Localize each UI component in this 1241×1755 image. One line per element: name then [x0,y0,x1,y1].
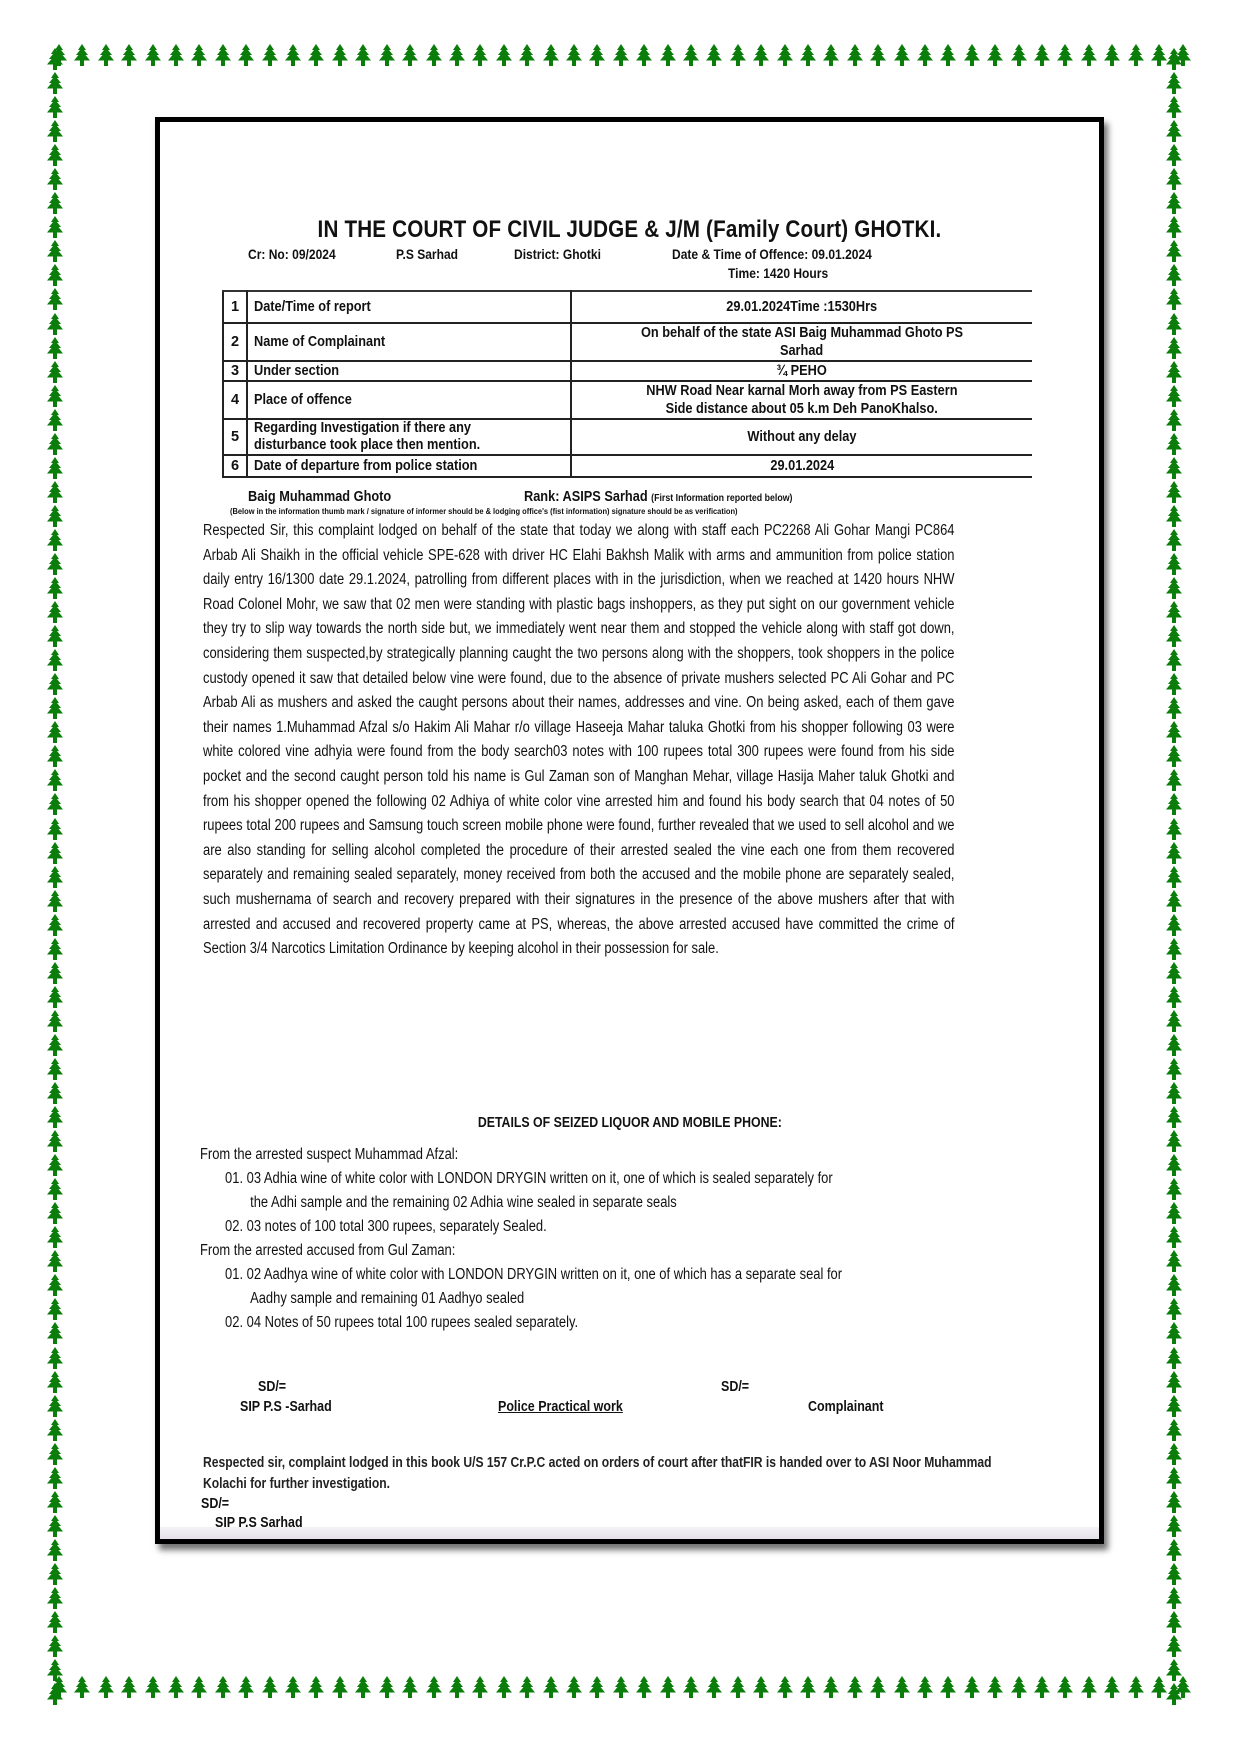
right-signature: SD/= [721,1379,749,1395]
pine-tree-icon [540,44,562,68]
pine-tree-icon [305,1676,327,1700]
row-value: ¾ PEHO [571,361,1032,381]
practical-work-text: Respected sir, complaint lodged in this … [203,1453,1005,1495]
pine-tree-icon [1163,914,1185,938]
pine-tree-icon [1163,1611,1185,1635]
pine-tree-icon [1163,769,1185,793]
pine-tree-icon [984,1676,1006,1700]
pine-tree-icon [1163,1106,1185,1130]
pine-tree-icon [1163,120,1185,144]
pine-tree-icon [1163,1202,1185,1226]
pine-tree-icon [44,529,66,553]
row-label: Date of departure from police station [247,455,571,477]
table-row: 5Regarding Investigation if there anydis… [223,419,1032,455]
pine-tree-icon [44,433,66,457]
pine-tree-icon [867,44,889,68]
pine-tree-icon [118,44,140,68]
pine-tree-icon [282,44,304,68]
pine-tree-icon [446,1676,468,1700]
pine-tree-icon [44,673,66,697]
pine-tree-icon [44,1419,66,1443]
first-info-note: (First Information reported below) [651,493,792,504]
pine-tree-icon [1163,1322,1185,1346]
pine-tree-icon [44,1274,66,1298]
pine-tree-icon [165,44,187,68]
pine-tree-icon [446,44,468,68]
pine-tree-icon [259,44,281,68]
pine-tree-icon [44,577,66,601]
pine-tree-icon [44,818,66,842]
pine-tree-icon [44,1611,66,1635]
pine-tree-icon [493,44,515,68]
pine-tree-icon [44,144,66,168]
pine-tree-icon [44,914,66,938]
pine-tree-icon [44,168,66,192]
verification-note: (Below in the information thumb mark / s… [230,506,738,516]
pine-tree-icon [44,505,66,529]
pine-tree-icon [1163,1226,1185,1250]
pine-tree-icon [423,1676,445,1700]
pine-tree-icon [44,1034,66,1058]
pine-tree-icon [610,44,632,68]
pine-tree-icon [44,1683,66,1707]
row-value: 29.01.2024 [571,455,1032,477]
pine-tree-icon [44,1322,66,1346]
pine-tree-icon [188,44,210,68]
pine-tree-icon [727,44,749,68]
pine-tree-icon [423,44,445,68]
pine-tree-icon [44,120,66,144]
pine-tree-icon [1163,1154,1185,1178]
pine-tree-icon [516,1676,538,1700]
pine-tree-icon [937,44,959,68]
pine-tree-icon [1163,288,1185,312]
pine-tree-icon [633,44,655,68]
row-label: Place of offence [247,381,571,419]
pine-tree-icon [305,44,327,68]
pine-tree-icon [1163,577,1185,601]
row-number: 6 [223,455,247,477]
pine-tree-icon [961,1676,983,1700]
pine-tree-icon [797,1676,819,1700]
pine-tree-icon [1163,1563,1185,1587]
pine-tree-icon [44,1010,66,1034]
row-label: Date/Time of report [247,291,571,323]
decorative-border-right [1163,48,1197,1708]
pine-tree-icon [774,44,796,68]
pine-tree-icon [95,44,117,68]
complaint-body: Respected Sir, this complaint lodged on … [203,519,955,962]
pine-tree-icon [44,1106,66,1130]
pine-tree-icon [680,44,702,68]
pine-tree-icon [259,1676,281,1700]
pine-tree-icon [1031,44,1053,68]
pine-tree-icon [44,649,66,673]
pine-tree-icon [212,1676,234,1700]
pine-tree-icon [1163,890,1185,914]
list-item: 02. 04 Notes of 50 rupees total 100 rupe… [200,1311,1002,1335]
pine-tree-icon [44,192,66,216]
left-signatory-title: SIP P.S -Sarhad [240,1399,332,1415]
pine-tree-icon [165,1676,187,1700]
row-label: Name of Complainant [247,323,571,361]
pine-tree-icon [44,1058,66,1082]
pine-tree-icon [469,44,491,68]
pine-tree-icon [1163,1443,1185,1467]
pine-tree-icon [44,481,66,505]
pine-tree-icon [469,1676,491,1700]
list-item: 01. 03 Adhia wine of white color with LO… [200,1167,1002,1215]
pine-tree-icon [44,48,66,72]
pine-tree-icon [1078,44,1100,68]
pine-tree-icon [44,264,66,288]
pine-tree-icon [1163,553,1185,577]
pine-tree-icon [1163,1419,1185,1443]
list-item: 01. 02 Aadhya wine of white color with L… [200,1263,1002,1311]
pine-tree-icon [563,44,585,68]
pine-tree-icon [1163,649,1185,673]
decorative-border-bottom [48,1676,1194,1710]
row-value: On behalf of the state ASI Baig Muhammad… [571,323,1032,361]
pine-tree-icon [1163,48,1185,72]
pine-tree-icon [1163,818,1185,842]
pine-tree-icon [1163,938,1185,962]
pine-tree-icon [44,938,66,962]
pine-tree-icon [1163,1587,1185,1611]
pine-tree-icon [750,1676,772,1700]
pine-tree-icon [750,44,772,68]
pine-tree-icon [235,44,257,68]
pine-tree-icon [44,986,66,1010]
seized-items-heading-text: DETAILS OF SEIZED LIQUOR AND MOBILE PHON… [477,1115,781,1131]
pine-tree-icon [329,1676,351,1700]
pine-tree-icon [44,745,66,769]
pine-tree-icon [44,72,66,96]
pine-tree-icon [1163,1082,1185,1106]
pine-tree-icon [1163,866,1185,890]
pine-tree-icon [44,842,66,866]
pine-tree-icon [1163,1683,1185,1707]
pine-tree-icon [44,1154,66,1178]
pine-tree-icon [891,1676,913,1700]
pine-tree-icon [44,1250,66,1274]
pine-tree-icon [44,288,66,312]
pine-tree-icon [44,1371,66,1395]
pine-tree-icon [44,1563,66,1587]
pine-tree-icon [657,1676,679,1700]
decorative-border-top [48,44,1194,78]
pine-tree-icon [680,1676,702,1700]
seized-items-list: From the arrested suspect Muhammad Afzal… [200,1143,1002,1335]
pine-tree-icon [44,625,66,649]
pine-tree-icon [1163,1635,1185,1659]
pine-tree-icon [914,1676,936,1700]
pine-tree-icon [1163,1347,1185,1371]
pine-tree-icon [937,1676,959,1700]
pine-tree-icon [1163,337,1185,361]
pine-tree-icon [1054,1676,1076,1700]
pine-tree-icon [1163,240,1185,264]
pine-tree-icon [1163,192,1185,216]
row-number: 2 [223,323,247,361]
pine-tree-icon [44,1226,66,1250]
pine-tree-icon [44,1202,66,1226]
pine-tree-icon [1078,1676,1100,1700]
pine-tree-icon [44,240,66,264]
row-value: Without any delay [571,419,1032,455]
table-row: 1Date/Time of report29.01.2024Time :1530… [223,291,1032,323]
pine-tree-icon [1163,842,1185,866]
offence-time: Time: 1420 Hours [728,265,828,281]
pine-tree-icon [1163,264,1185,288]
pine-tree-icon [961,44,983,68]
pine-tree-icon [1163,793,1185,817]
pine-tree-icon [867,1676,889,1700]
pine-tree-icon [1163,72,1185,96]
pine-tree-icon [1163,1371,1185,1395]
pine-tree-icon [44,361,66,385]
left-signature: SD/= [258,1379,286,1395]
pine-tree-icon [282,1676,304,1700]
pine-tree-icon [352,44,374,68]
pine-tree-icon [1163,673,1185,697]
seized-group-intro: From the arrested suspect Muhammad Afzal… [200,1143,1002,1167]
pine-tree-icon [1163,144,1185,168]
row-number: 5 [223,419,247,455]
pine-tree-icon [44,1635,66,1659]
pine-tree-icon [1163,433,1185,457]
pine-tree-icon [1163,1178,1185,1202]
pine-tree-icon [586,1676,608,1700]
pine-tree-icon [1163,361,1185,385]
case-number: Cr: No: 09/2024 [248,246,336,262]
reporter-name: Baig Muhammad Ghoto [248,489,391,505]
table-row: 2Name of ComplainantOn behalf of the sta… [223,323,1032,361]
pine-tree-icon [1101,44,1123,68]
pine-tree-icon [1054,44,1076,68]
pine-tree-icon [44,1130,66,1154]
pine-tree-icon [540,1676,562,1700]
pine-tree-icon [1163,529,1185,553]
pine-tree-icon [44,1659,66,1683]
pine-tree-icon [1163,721,1185,745]
row-number: 1 [223,291,247,323]
pine-tree-icon [44,1395,66,1419]
pine-tree-icon [44,457,66,481]
pine-tree-icon [44,1178,66,1202]
pine-tree-icon [142,44,164,68]
pine-tree-icon [1163,697,1185,721]
pine-tree-icon [1008,1676,1030,1700]
pine-tree-icon [1163,625,1185,649]
pine-tree-icon [44,337,66,361]
pine-tree-icon [1163,1010,1185,1034]
pine-tree-icon [1163,1058,1185,1082]
pine-tree-icon [1163,313,1185,337]
pine-tree-icon [914,44,936,68]
row-label: Regarding Investigation if there anydist… [247,419,571,455]
pine-tree-icon [657,44,679,68]
pine-tree-icon [212,44,234,68]
pine-tree-icon [1163,1395,1185,1419]
pine-tree-icon [1163,1274,1185,1298]
pine-tree-icon [820,1676,842,1700]
pine-tree-icon [1163,1539,1185,1563]
pine-tree-icon [44,601,66,625]
pine-tree-icon [563,1676,585,1700]
court-title: IN THE COURT OF CIVIL JUDGE & J/M (Famil… [226,216,1034,244]
pine-tree-icon [1163,1467,1185,1491]
pine-tree-icon [44,769,66,793]
pine-tree-icon [1101,1676,1123,1700]
pine-tree-icon [44,1515,66,1539]
table-row: 3Under section¾ PEHO [223,361,1032,381]
pine-tree-icon [1163,601,1185,625]
pine-tree-icon [44,553,66,577]
pine-tree-icon [1163,1298,1185,1322]
pine-tree-icon [188,1676,210,1700]
pine-tree-icon [493,1676,515,1700]
row-number: 3 [223,361,247,381]
pine-tree-icon [44,385,66,409]
pine-tree-icon [44,1491,66,1515]
pine-tree-icon [1163,457,1185,481]
pine-tree-icon [1163,481,1185,505]
row-label: Under section [247,361,571,381]
pine-tree-icon [774,1676,796,1700]
pine-tree-icon [44,962,66,986]
pine-tree-icon [329,44,351,68]
pine-tree-icon [44,866,66,890]
pine-tree-icon [95,1676,117,1700]
seized-items-heading: DETAILS OF SEIZED LIQUOR AND MOBILE PHON… [160,1115,1099,1131]
pine-tree-icon [1163,1659,1185,1683]
seized-group-intro: From the arrested accused from Gul Zaman… [200,1239,1002,1263]
pine-tree-icon [1163,216,1185,240]
pine-tree-icon [1031,1676,1053,1700]
pine-tree-icon [1163,1491,1185,1515]
pine-tree-icon [1125,44,1147,68]
pine-tree-icon [44,1298,66,1322]
pine-tree-icon [44,1467,66,1491]
pine-tree-icon [1008,44,1030,68]
reporter-rank-text: Rank: ASIPS Sarhad [524,489,648,505]
row-value: NHW Road Near karnal Morh away from PS E… [571,381,1032,419]
scan-artifact [160,1527,1099,1539]
pine-tree-icon [610,1676,632,1700]
pine-tree-icon [1163,385,1185,409]
pine-tree-icon [1163,1515,1185,1539]
pine-tree-icon [399,44,421,68]
scanned-fir-document: IN THE COURT OF CIVIL JUDGE & J/M (Famil… [155,117,1104,1544]
table-row: 6Date of departure from police station29… [223,455,1032,477]
row-number: 4 [223,381,247,419]
pine-tree-icon [44,1082,66,1106]
pine-tree-icon [516,44,538,68]
pine-tree-icon [44,1587,66,1611]
decorative-border-left [44,48,78,1708]
pine-tree-icon [352,1676,374,1700]
pine-tree-icon [703,44,725,68]
pine-tree-icon [703,1676,725,1700]
pine-tree-icon [44,1443,66,1467]
pine-tree-icon [376,1676,398,1700]
pine-tree-icon [376,44,398,68]
pine-tree-icon [1163,96,1185,120]
complainant-title: Complainant [808,1399,884,1415]
reporter-rank: Rank: ASIPS Sarhad (First Information re… [524,489,792,505]
pine-tree-icon [1163,1250,1185,1274]
pine-tree-icon [44,890,66,914]
pine-tree-icon [727,1676,749,1700]
pine-tree-icon [44,96,66,120]
pine-tree-icon [44,1539,66,1563]
pine-tree-icon [142,1676,164,1700]
pine-tree-icon [1163,505,1185,529]
pine-tree-icon [44,793,66,817]
offence-date: Date & Time of Offence: 09.01.2024 [672,246,872,262]
pine-tree-icon [44,721,66,745]
pine-tree-icon [44,409,66,433]
pine-tree-icon [44,697,66,721]
pine-tree-icon [399,1676,421,1700]
pine-tree-icon [633,1676,655,1700]
pine-tree-icon [44,216,66,240]
pine-tree-icon [844,44,866,68]
pine-tree-icon [820,44,842,68]
pine-tree-icon [1163,168,1185,192]
pine-tree-icon [1125,1676,1147,1700]
pine-tree-icon [844,1676,866,1700]
pine-tree-icon [44,313,66,337]
pine-tree-icon [891,44,913,68]
pine-tree-icon [797,44,819,68]
pine-tree-icon [1163,962,1185,986]
fir-details-table: 1Date/Time of report29.01.2024Time :1530… [222,290,1032,478]
police-station: P.S Sarhad [396,246,458,262]
pine-tree-icon [118,1676,140,1700]
bottom-signature: SD/= [201,1496,229,1512]
police-practical-work-title: Police Practical work [498,1399,623,1415]
pine-tree-icon [235,1676,257,1700]
pine-tree-icon [1163,986,1185,1010]
pine-tree-icon [1163,1034,1185,1058]
pine-tree-icon [44,1347,66,1371]
pine-tree-icon [586,44,608,68]
row-value: 29.01.2024Time :1530Hrs [571,291,1032,323]
district: District: Ghotki [514,246,601,262]
pine-tree-icon [984,44,1006,68]
list-item: 02. 03 notes of 100 total 300 rupees, se… [200,1215,1002,1239]
table-row: 4Place of offenceNHW Road Near karnal Mo… [223,381,1032,419]
pine-tree-icon [1163,745,1185,769]
pine-tree-icon [1163,1130,1185,1154]
pine-tree-icon [1163,409,1185,433]
